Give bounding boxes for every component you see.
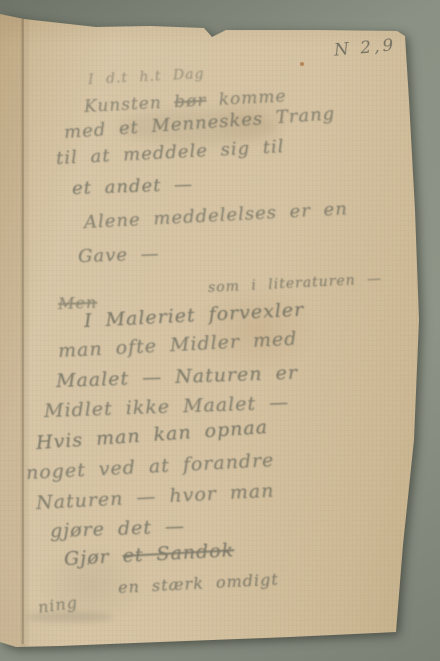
handwriting-line: gjøre det — <box>50 515 186 542</box>
handwriting-line: I d.t h.t Dag <box>88 66 205 88</box>
handwriting-line: som i literaturen — <box>208 271 383 296</box>
handwriting-line: Alene meddelelses er en <box>83 198 348 233</box>
handwriting-line: Naturen — hvor man <box>35 480 274 514</box>
page-number-annotation: N 2,9 <box>333 35 397 60</box>
handwriting-line: et andet — <box>72 174 194 199</box>
paper-shadow-wrap: N 2,9 I d.t h.t Dag Kunsten bør komme me… <box>0 0 440 661</box>
handwriting-line: en stærk omdigt <box>118 570 280 597</box>
manuscript-page: N 2,9 I d.t h.t Dag Kunsten bør komme me… <box>0 0 440 661</box>
struck-word: bør <box>174 91 207 113</box>
handwriting-line: Hvis man kan opnaa <box>35 416 268 454</box>
manuscript-photo: N 2,9 I d.t h.t Dag Kunsten bør komme me… <box>0 0 440 661</box>
handwriting-segment: Gjør <box>63 545 123 570</box>
handwriting-line: Gjør et Sandok <box>63 539 234 570</box>
handwriting-line: man ofte Midler med <box>57 327 297 362</box>
handwriting-line: noget ved at forandre <box>25 449 274 484</box>
rust-speck <box>300 62 304 66</box>
page-fold-crease <box>21 16 26 644</box>
struck-word: et Sandok <box>122 539 235 567</box>
handwriting-line: Gave — <box>78 243 160 267</box>
handwriting-line: I Maleriet forvexler <box>83 298 304 332</box>
handwriting-line: Maalet — Naturen er <box>56 362 299 392</box>
